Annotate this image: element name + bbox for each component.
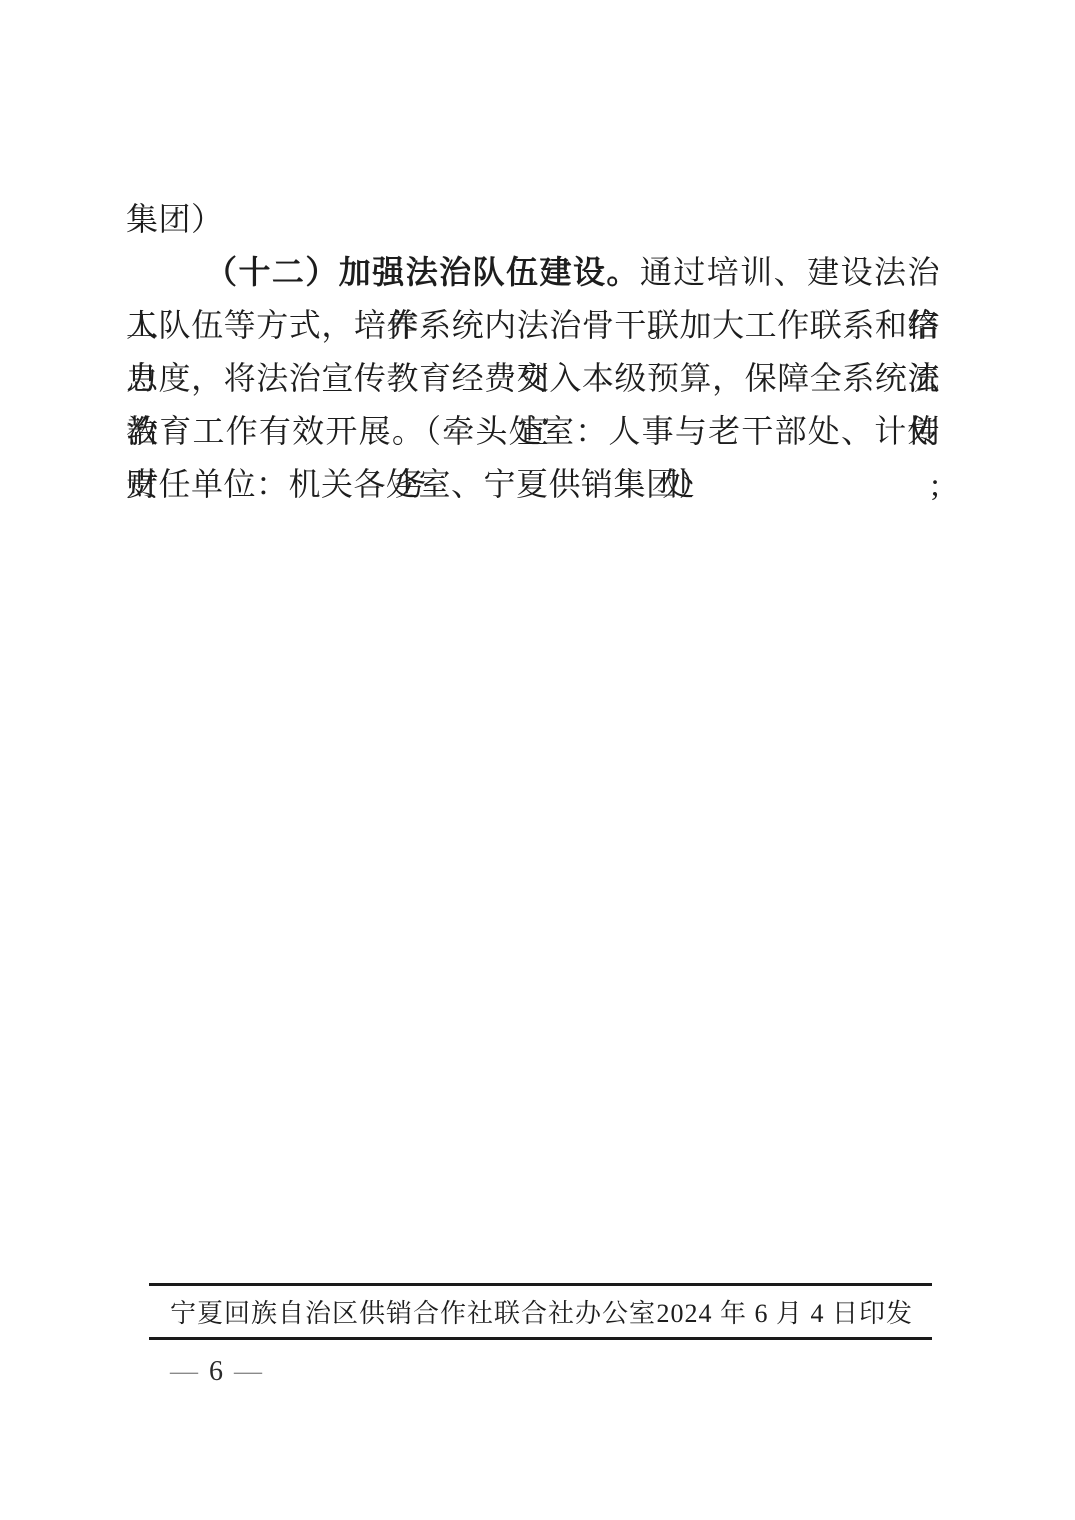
document-body: 集团） （十二）加强法治队伍建设。通过培训、建设法治工作联络 人队伍等方式，培养… <box>126 193 940 511</box>
paragraph-continuation-line: 集团） <box>126 193 940 246</box>
page-number-right-dash: — <box>225 1356 273 1387</box>
paragraph-line-2: （十二）加强法治队伍建设。通过培训、建设法治工作联络 <box>126 246 940 299</box>
section-heading-bold: （十二）加强法治队伍建设。 <box>205 254 640 290</box>
document-page: 集团） （十二）加强法治队伍建设。通过培训、建设法治工作联络 人队伍等方式，培养… <box>0 0 1075 1520</box>
page-number-value: 6 <box>209 1356 225 1387</box>
print-date-label: 2024 年 6 月 4 日印发 <box>656 1293 913 1330</box>
page-number: —6— <box>161 1356 273 1388</box>
paragraph-line-5: 教育工作有效开展。（牵头处室：人事与老干部处、计划财务处; <box>126 405 940 458</box>
page-number-left-dash: — <box>161 1356 209 1387</box>
paragraph-line-4: 力度，将法治宣传教育经费列入本级预算，保障全系统法治宣传 <box>126 352 940 405</box>
issuing-office-label: 宁夏回族自治区供销合作社联合社办公室 <box>170 1293 656 1330</box>
paragraph-line-3: 人队伍等方式，培养系统内法治骨干。加大工作联系和信息交流 <box>126 299 940 352</box>
colophon-box: 宁夏回族自治区供销合作社联合社办公室 2024 年 6 月 4 日印发 <box>149 1283 932 1340</box>
